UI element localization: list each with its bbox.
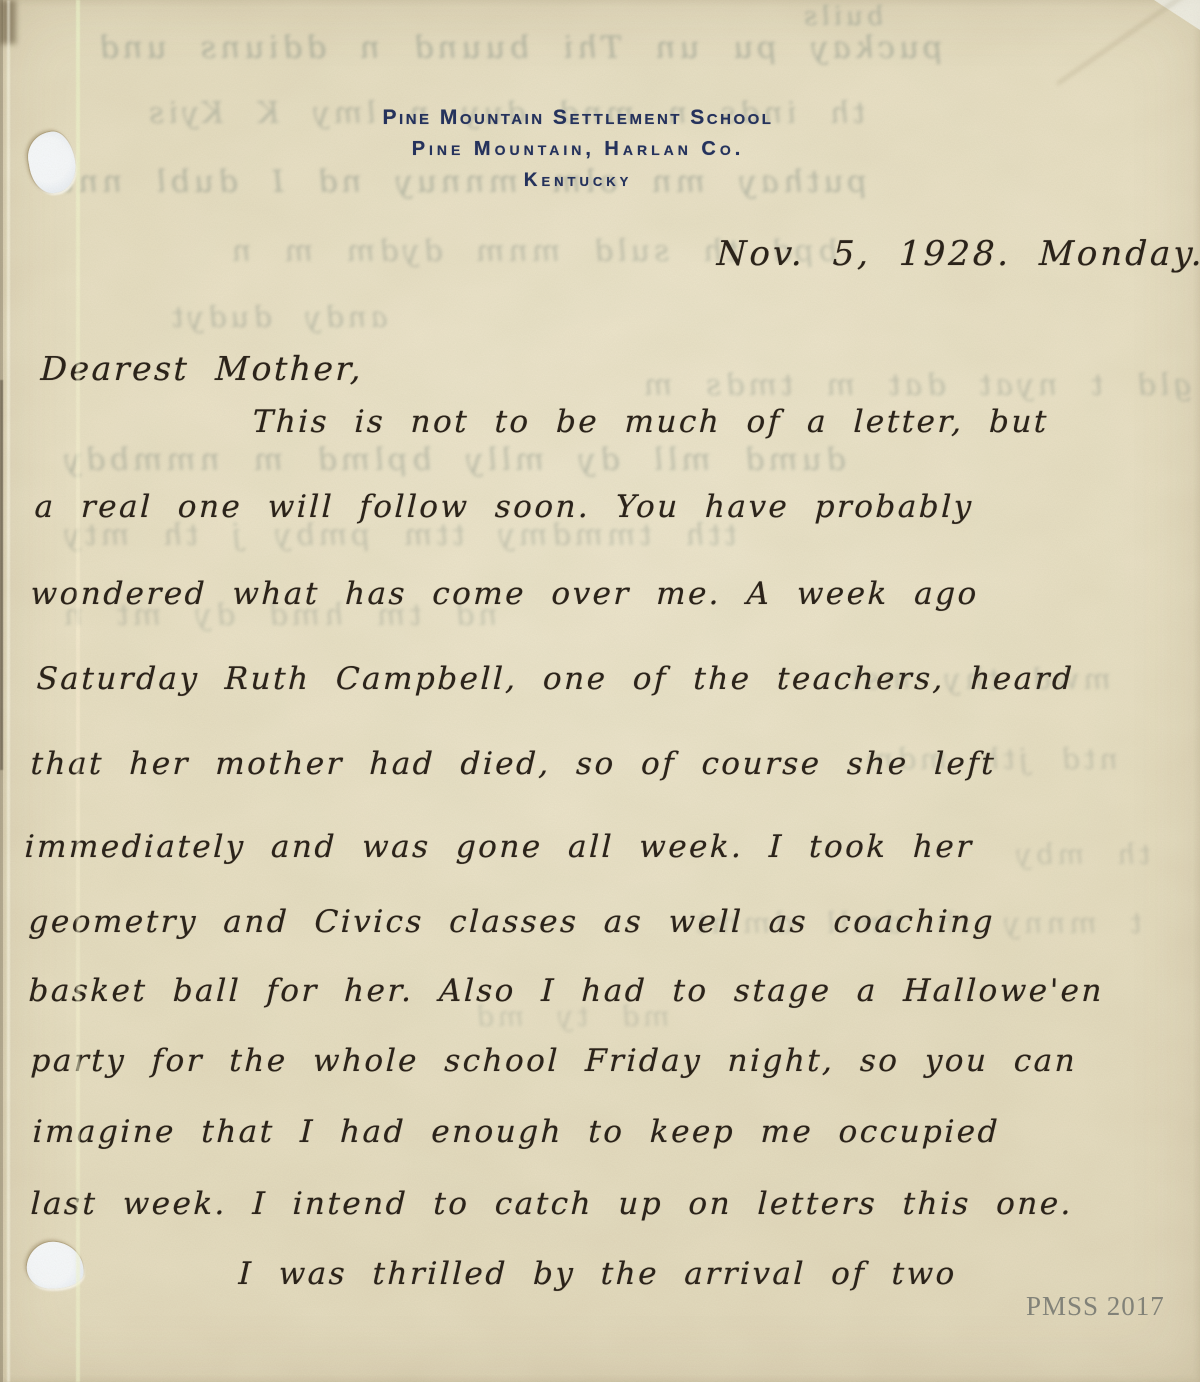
salutation: Dearest Mother, <box>40 349 364 388</box>
letterhead-state: Kentucky <box>0 170 1156 192</box>
body-line: wondered what has come over me. A week a… <box>30 576 979 612</box>
bleedthrough-line: andy dudyt <box>166 300 390 334</box>
body-line: last week. I intend to catch up on lette… <box>30 1186 1074 1222</box>
handwritten-date: Nov. 5, 1928. Monday. <box>716 234 1200 274</box>
body-line: I was thrilled by the arrival of two <box>238 1256 957 1292</box>
body-line: geometry and Civics classes as well as c… <box>28 904 996 940</box>
body-line: Saturday Ruth Campbell, one of the teach… <box>36 661 1075 697</box>
scan-edge-left-dark-segment <box>0 380 3 770</box>
paper-crease-left-outer <box>76 0 80 1382</box>
letterhead: Pine Mountain Settlement School Pine Mou… <box>0 106 1156 192</box>
body-line: a real one will follow soon. You have pr… <box>34 489 974 525</box>
bleedthrough-line: buils <box>798 2 885 32</box>
letterhead-school-name: Pine Mountain Settlement School <box>0 106 1156 130</box>
body-line: party for the whole school Friday night,… <box>30 1043 1078 1079</box>
archive-watermark: PMSS 2017 <box>1026 1291 1165 1322</box>
bleedthrough-line: puckay pu un Thi buund n ddiuns und <box>93 30 945 66</box>
body-line: basket ball for her. Also I had to stage… <box>28 973 1105 1009</box>
scanned-letter-page: buils puckay pu un Thi buund n ddiuns un… <box>0 0 1200 1382</box>
paper-crease-left-inner <box>7 0 10 1382</box>
body-line: This is not to be much of a letter, but <box>252 404 1049 440</box>
bleedthrough-line: dumd mll dy mlly bplmd m nmmbdy <box>58 442 847 478</box>
bleedthrough-line: th mby <box>1010 838 1152 871</box>
folded-corner-top-right <box>1154 0 1200 30</box>
body-line: immediately and was gone all week. I too… <box>24 829 974 865</box>
body-line: that her mother had died, so of course s… <box>30 746 997 782</box>
letterhead-location: Pine Mountain, Harlan Co. <box>0 138 1156 161</box>
body-line: imagine that I had enough to keep me occ… <box>32 1114 1001 1150</box>
bleedthrough-line: gld t nyat dat m tmds m <box>638 368 1194 403</box>
